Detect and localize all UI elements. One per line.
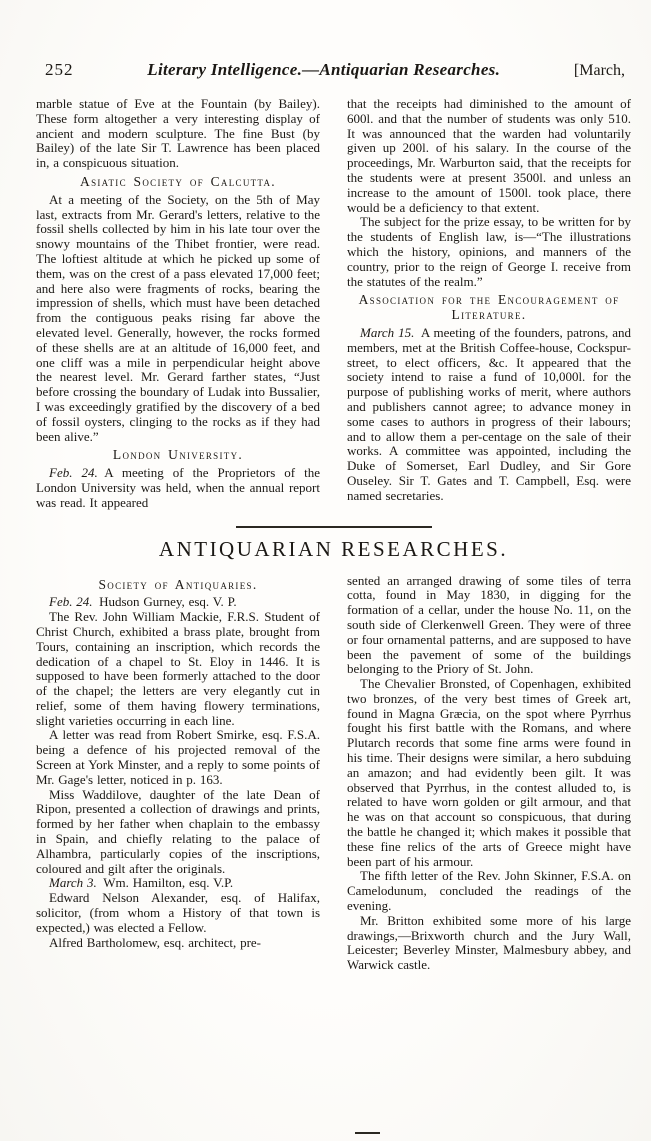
antiquarian-section: Society of Antiquaries.Feb. 24. Hudson G… bbox=[36, 574, 631, 974]
scanned-book-page: 252 Literary Intelligence.—Antiquarian R… bbox=[0, 0, 651, 1141]
footer-end-dash bbox=[355, 1132, 380, 1134]
paragraph: At a meeting of the Society, on the 5th … bbox=[36, 193, 320, 445]
paragraph: The Chevalier Bronsted, of Copenhagen, e… bbox=[347, 677, 631, 869]
page-number: 252 bbox=[45, 60, 74, 80]
page-header: 252 Literary Intelligence.—Antiquarian R… bbox=[36, 60, 631, 80]
date-lead: Feb. 24. bbox=[49, 465, 98, 480]
paragraph: March 3. Wm. Hamilton, esq. V.P. bbox=[36, 876, 320, 891]
paragraph: Miss Waddilove, daughter of the late Dea… bbox=[36, 788, 320, 877]
top-left-column: marble statue of Eve at the Fountain (by… bbox=[36, 97, 320, 511]
date-lead: Feb. 24. bbox=[49, 594, 93, 609]
top-right-column: that the receipts had diminished to the … bbox=[347, 97, 631, 511]
paragraph: Edward Nelson Alexander, esq. of Halifax… bbox=[36, 891, 320, 935]
paragraph: sented an arranged drawing of some tiles… bbox=[347, 574, 631, 678]
paragraph: The fifth letter of the Rev. John Skinne… bbox=[347, 869, 631, 913]
date-lead: March 3. bbox=[49, 875, 97, 890]
paragraph: Alfred Bartholomew, esq. architect, pre- bbox=[36, 936, 320, 951]
paragraph: Feb. 24. A meeting of the Proprietors of… bbox=[36, 466, 320, 510]
date-lead: March 15. bbox=[360, 325, 414, 340]
section-divider-rule bbox=[236, 526, 432, 528]
section-heading: Asiatic Society of Calcutta. bbox=[36, 175, 320, 190]
running-title: Literary Intelligence.—Antiquarian Resea… bbox=[74, 60, 574, 80]
section-heading: London University. bbox=[36, 448, 320, 463]
section-heading: Association for the Encouragement of Lit… bbox=[347, 293, 631, 323]
antiquarian-section-title: ANTIQUARIAN RESEARCHES. bbox=[36, 537, 631, 562]
issue-month-label: [March, bbox=[574, 62, 625, 80]
section-heading: Society of Antiquaries. bbox=[36, 578, 320, 593]
paragraph: Mr. Britton exhibited some more of his l… bbox=[347, 914, 631, 973]
top-section: marble statue of Eve at the Fountain (by… bbox=[36, 97, 631, 511]
paragraph: The subject for the prize essay, to be w… bbox=[347, 215, 631, 289]
paragraph: A letter was read from Robert Smirke, es… bbox=[36, 728, 320, 787]
paragraph: that the receipts had diminished to the … bbox=[347, 97, 631, 215]
paragraph: marble statue of Eve at the Fountain (by… bbox=[36, 97, 320, 171]
paragraph: Feb. 24. Hudson Gurney, esq. V. P. bbox=[36, 595, 320, 610]
paragraph: The Rev. John William Mackie, F.R.S. Stu… bbox=[36, 610, 320, 728]
paragraph: March 15. A meeting of the founders, pat… bbox=[347, 326, 631, 504]
antiquarian-right-column: sented an arranged drawing of some tiles… bbox=[347, 574, 631, 974]
antiquarian-left-column: Society of Antiquaries.Feb. 24. Hudson G… bbox=[36, 574, 320, 974]
